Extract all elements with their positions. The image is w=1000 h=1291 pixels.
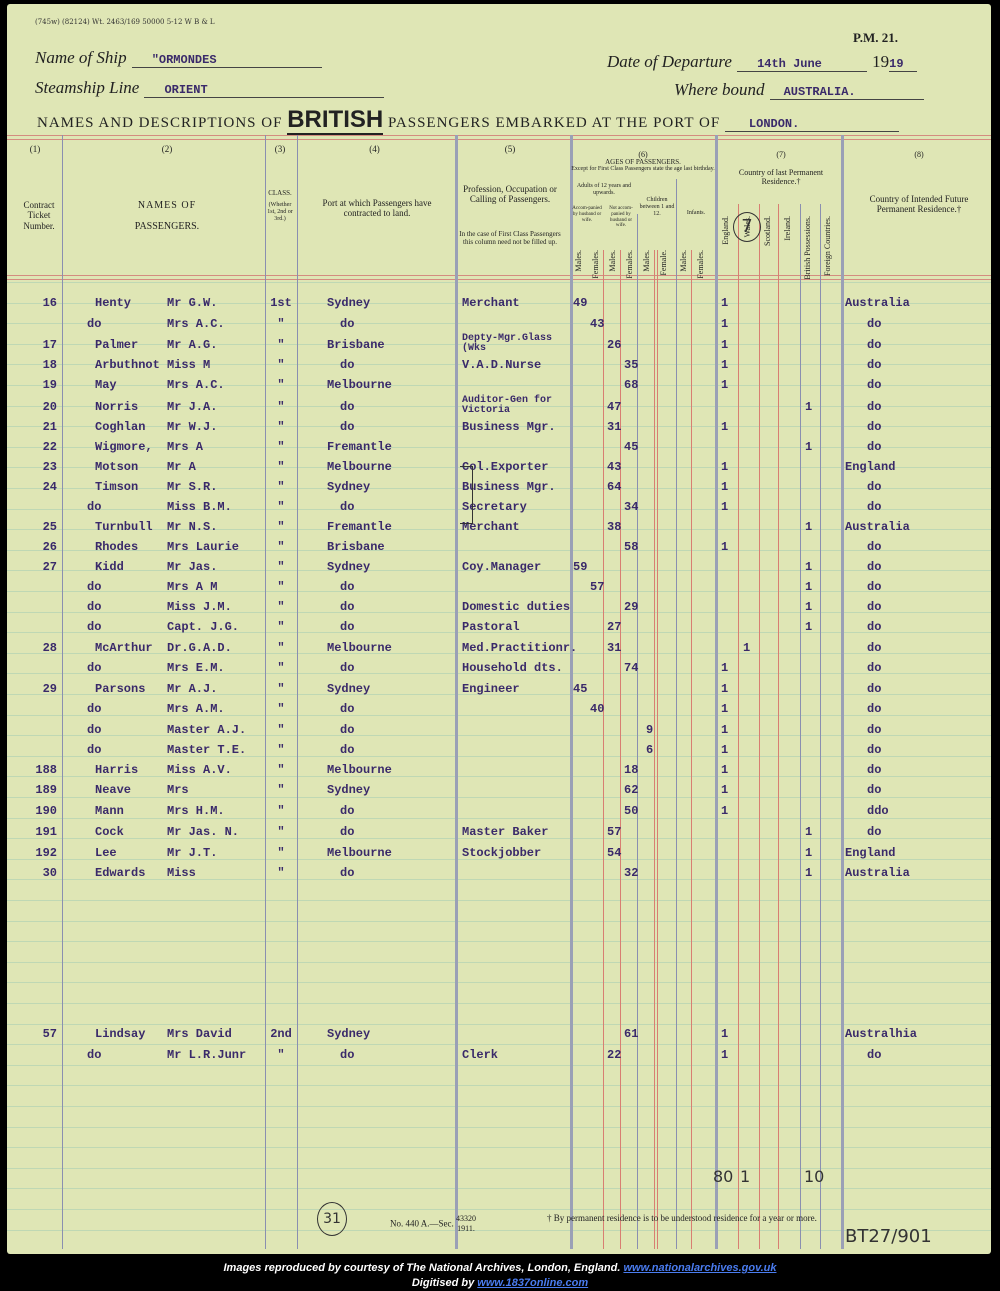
port-of-landing: do bbox=[340, 1048, 354, 1062]
given-name: Mr A.G. bbox=[167, 338, 217, 352]
passenger-class: " bbox=[270, 804, 292, 818]
residence-mark: 1 bbox=[805, 560, 812, 574]
given-name: Master T.E. bbox=[167, 743, 246, 757]
steamship-line-value: ORIENT bbox=[144, 83, 384, 98]
column-divider bbox=[715, 135, 718, 1249]
contract-ticket-number: 27 bbox=[17, 560, 57, 574]
surname: Neave bbox=[95, 783, 131, 797]
given-name: Mr A.J. bbox=[167, 682, 217, 696]
surname: Lindsay bbox=[95, 1027, 145, 1041]
passenger-class: " bbox=[270, 520, 292, 534]
passenger-class: " bbox=[270, 338, 292, 352]
given-name: Mr Jas. N. bbox=[167, 825, 239, 839]
age: 57 bbox=[607, 825, 621, 839]
occupation: Col.Exporter bbox=[462, 460, 548, 474]
residence-mark: 1 bbox=[721, 783, 728, 797]
port-of-landing: Brisbane bbox=[327, 338, 385, 352]
year-prefix: 19 bbox=[872, 52, 889, 71]
future-residence: England bbox=[845, 460, 895, 474]
surname: Henty bbox=[95, 296, 131, 310]
age: 43 bbox=[607, 460, 621, 474]
given-name: Mr N.S. bbox=[167, 520, 217, 534]
form-ref-year: 1911. bbox=[456, 1224, 476, 1234]
col6-accompanied: Accom-panied by husband or wife. bbox=[571, 206, 603, 223]
age: 34 bbox=[624, 500, 638, 514]
given-name: Mr A bbox=[167, 460, 196, 474]
age: 45 bbox=[573, 682, 587, 696]
port-of-landing: Melbourne bbox=[327, 378, 392, 392]
future-residence: do bbox=[867, 560, 881, 574]
surname: Edwards bbox=[95, 866, 145, 880]
occupation: Auditor-Gen for Victoria bbox=[462, 396, 572, 416]
residence-mark: 1 bbox=[805, 620, 812, 634]
destination-label: Where bound bbox=[674, 80, 765, 99]
col3-note: (Whether 1st, 2nd or 3rd.) bbox=[266, 202, 294, 223]
ship-name-label: Name of Ship bbox=[35, 48, 127, 67]
port-of-landing: Sydney bbox=[327, 1027, 370, 1041]
col6-not-accompanied: Not accom-panied by husband or wife. bbox=[605, 206, 637, 229]
credit-text: Images reproduced by courtesy of The Nat… bbox=[224, 1262, 621, 1274]
port-of-landing: do bbox=[340, 661, 354, 675]
age: 54 bbox=[607, 846, 621, 860]
future-residence: do bbox=[867, 500, 881, 514]
contract-ticket-number: 23 bbox=[17, 460, 57, 474]
surname: do bbox=[87, 661, 101, 675]
col2-number: (2) bbox=[67, 144, 267, 154]
contract-ticket-number: 189 bbox=[17, 783, 57, 797]
future-residence: England bbox=[845, 846, 895, 860]
port-of-landing: do bbox=[340, 420, 354, 434]
contract-ticket-number: 191 bbox=[17, 825, 57, 839]
port-of-landing: do bbox=[340, 400, 354, 414]
col1-label: Contract Ticket Number. bbox=[15, 200, 63, 231]
given-name: Miss J.M. bbox=[167, 600, 232, 614]
residence-mark: 1 bbox=[721, 682, 728, 696]
destination-value: AUSTRALIA. bbox=[770, 85, 924, 100]
title-nationality: BRITISH bbox=[287, 106, 383, 135]
age: 35 bbox=[624, 358, 638, 372]
surname: do bbox=[87, 1048, 101, 1062]
passenger-class: " bbox=[270, 1048, 292, 1062]
occupation: Household dts. bbox=[462, 661, 563, 675]
age: 27 bbox=[607, 620, 621, 634]
col2-label-b: PASSENGERS. bbox=[67, 221, 267, 233]
port-of-landing: Sydney bbox=[327, 296, 370, 310]
port-of-landing: do bbox=[340, 825, 354, 839]
given-name: Mr J.A. bbox=[167, 400, 217, 414]
residence-mark: 1 bbox=[721, 378, 728, 392]
total-british-possessions: 10 bbox=[804, 1167, 824, 1186]
column-divider bbox=[654, 250, 655, 1249]
occupation: Pastoral bbox=[462, 620, 520, 634]
archive-reference: BT27/901 bbox=[845, 1226, 932, 1247]
departure-label: Date of Departure bbox=[607, 52, 732, 71]
residence-mark: 1 bbox=[721, 296, 728, 310]
residence-subheader: Scotland. bbox=[763, 216, 772, 246]
age: 68 bbox=[624, 378, 638, 392]
port-of-landing: do bbox=[340, 600, 354, 614]
future-residence: do bbox=[867, 641, 881, 655]
contract-ticket-number: 192 bbox=[17, 846, 57, 860]
occupation: Business Mgr. bbox=[462, 480, 556, 494]
residence-subheader: British Possessions. bbox=[803, 216, 812, 280]
total-wales: 1 bbox=[740, 1167, 750, 1186]
form-ref-label: No. 440 A.—Sec. bbox=[390, 1218, 454, 1228]
age-subheader: Females. bbox=[696, 250, 705, 279]
surname: Harris bbox=[95, 763, 138, 777]
age: 6 bbox=[646, 743, 653, 757]
passenger-class: " bbox=[270, 480, 292, 494]
departure-value: 14th June bbox=[737, 57, 867, 72]
residence-mark: 1 bbox=[805, 520, 812, 534]
passenger-class: " bbox=[270, 580, 292, 594]
passenger-class: 1st bbox=[270, 296, 292, 310]
contract-ticket-number: 17 bbox=[17, 338, 57, 352]
given-name: Mrs A.C. bbox=[167, 317, 225, 331]
col5-number: (5) bbox=[455, 144, 565, 154]
occupation: Stockjobber bbox=[462, 846, 541, 860]
surname: Wigmore, bbox=[95, 440, 153, 454]
future-residence: do bbox=[867, 378, 881, 392]
column-divider bbox=[778, 204, 779, 1249]
title-prefix: NAMES AND DESCRIPTIONS OF bbox=[37, 115, 282, 131]
age: 49 bbox=[573, 296, 587, 310]
col3-label: CLASS. bbox=[265, 189, 295, 197]
surname: do bbox=[87, 500, 101, 514]
future-residence: do bbox=[867, 580, 881, 594]
circled-annotation: 7 bbox=[733, 212, 761, 242]
col6-infants: Infants. bbox=[678, 210, 714, 217]
residence-mark: 1 bbox=[721, 723, 728, 737]
passenger-class: " bbox=[270, 378, 292, 392]
contract-ticket-number: 16 bbox=[17, 296, 57, 310]
passenger-class: " bbox=[270, 620, 292, 634]
occupation: Depty-Mgr.Glass (Wks bbox=[462, 334, 572, 354]
residence-mark: 1 bbox=[721, 317, 728, 331]
surname: do bbox=[87, 580, 101, 594]
column-divider bbox=[676, 179, 677, 1249]
future-residence: do bbox=[867, 480, 881, 494]
column-divider bbox=[800, 204, 801, 1249]
port-of-landing: do bbox=[340, 358, 354, 372]
surname: Parsons bbox=[95, 682, 145, 696]
residence-mark: 1 bbox=[721, 480, 728, 494]
given-name: Miss A.V. bbox=[167, 763, 232, 777]
passenger-class: " bbox=[270, 560, 292, 574]
surname: do bbox=[87, 743, 101, 757]
port-of-landing: Brisbane bbox=[327, 540, 385, 554]
passenger-class: " bbox=[270, 460, 292, 474]
occupation: Business Mgr. bbox=[462, 420, 556, 434]
age: 47 bbox=[607, 400, 621, 414]
age: 31 bbox=[607, 420, 621, 434]
future-residence: do bbox=[867, 620, 881, 634]
port-of-landing: Melbourne bbox=[327, 763, 392, 777]
surname: Norris bbox=[95, 400, 138, 414]
age: 74 bbox=[624, 661, 638, 675]
future-residence: Australhia bbox=[845, 1027, 917, 1041]
passenger-class: " bbox=[270, 723, 292, 737]
given-name: Dr.G.A.D. bbox=[167, 641, 232, 655]
age-subheader: Males. bbox=[679, 250, 688, 272]
passenger-class: " bbox=[270, 866, 292, 880]
residence-mark: 1 bbox=[721, 338, 728, 352]
given-name: Mrs A M bbox=[167, 580, 217, 594]
given-name: Mrs A bbox=[167, 440, 203, 454]
surname: Lee bbox=[95, 846, 117, 860]
column-divider bbox=[455, 135, 458, 1249]
future-residence: do bbox=[867, 702, 881, 716]
future-residence: do bbox=[867, 317, 881, 331]
passenger-class: " bbox=[270, 641, 292, 655]
surname: Coghlan bbox=[95, 420, 145, 434]
port-of-landing: do bbox=[340, 723, 354, 737]
future-residence: do bbox=[867, 723, 881, 737]
port-of-landing: Sydney bbox=[327, 560, 370, 574]
ship-name-value: "ORMONDES bbox=[132, 53, 322, 68]
column-divider bbox=[738, 204, 739, 1249]
contract-ticket-number: 21 bbox=[17, 420, 57, 434]
residence-footnote: † By permanent residence is to be unders… bbox=[547, 1213, 817, 1223]
given-name: Mrs A.C. bbox=[167, 378, 225, 392]
port-of-landing: do bbox=[340, 866, 354, 880]
contract-ticket-number: 20 bbox=[17, 400, 57, 414]
surname: Mann bbox=[95, 804, 124, 818]
future-residence: do bbox=[867, 763, 881, 777]
port-of-landing: do bbox=[340, 804, 354, 818]
col7-number: (7) bbox=[717, 150, 845, 159]
residence-mark: 1 bbox=[743, 641, 750, 655]
residence-mark: 1 bbox=[721, 420, 728, 434]
passenger-class: " bbox=[270, 440, 292, 454]
form-title: NAMES AND DESCRIPTIONS OF BRITISH PASSEN… bbox=[37, 106, 899, 134]
age-subheader: Males. bbox=[608, 250, 617, 272]
column-divider bbox=[841, 135, 844, 1249]
given-name: Mrs bbox=[167, 783, 189, 797]
age: 58 bbox=[624, 540, 638, 554]
future-residence: do bbox=[867, 600, 881, 614]
form-number: P.M. 21. bbox=[853, 30, 898, 46]
given-name: Mrs Laurie bbox=[167, 540, 239, 554]
residence-mark: 1 bbox=[805, 866, 812, 880]
handwritten-bracket bbox=[460, 466, 473, 524]
column-divider bbox=[657, 250, 658, 1249]
column-divider bbox=[297, 135, 298, 1249]
port-of-landing: do bbox=[340, 580, 354, 594]
passenger-class: " bbox=[270, 825, 292, 839]
given-name: Mrs H.M. bbox=[167, 804, 225, 818]
col8-label: Country of Intended Future Permanent Res… bbox=[852, 194, 986, 215]
given-name: Mr S.R. bbox=[167, 480, 217, 494]
future-residence: do bbox=[867, 682, 881, 696]
future-residence: do bbox=[867, 338, 881, 352]
col1-number: (1) bbox=[15, 144, 55, 154]
future-residence: Australia bbox=[845, 866, 910, 880]
age-subheader: Females. bbox=[591, 250, 600, 279]
age-subheader: Males. bbox=[574, 250, 583, 272]
passenger-class: " bbox=[270, 743, 292, 757]
age: 9 bbox=[646, 723, 653, 737]
column-divider bbox=[759, 204, 760, 1249]
residence-mark: 1 bbox=[721, 743, 728, 757]
surname: Palmer bbox=[95, 338, 138, 352]
passenger-class: " bbox=[270, 400, 292, 414]
given-name: Mr J.T. bbox=[167, 846, 217, 860]
passenger-list-form: (745w) (82124) Wt. 2463/169 50000 5-12 W… bbox=[7, 4, 991, 1254]
contract-ticket-number: 24 bbox=[17, 480, 57, 494]
given-name: Master A.J. bbox=[167, 723, 246, 737]
passenger-class: " bbox=[270, 661, 292, 675]
residence-mark: 1 bbox=[721, 358, 728, 372]
passenger-class: " bbox=[270, 783, 292, 797]
passenger-class: " bbox=[270, 846, 292, 860]
residence-mark: 1 bbox=[721, 1048, 728, 1062]
residence-mark: 1 bbox=[805, 600, 812, 614]
residence-subheader: Ireland. bbox=[783, 216, 792, 241]
surname: Cock bbox=[95, 825, 124, 839]
col6-adults: Adults of 12 years and upwards. bbox=[571, 183, 637, 197]
port-of-landing: do bbox=[340, 500, 354, 514]
contract-ticket-number: 28 bbox=[17, 641, 57, 655]
residence-mark: 1 bbox=[805, 580, 812, 594]
residence-mark: 1 bbox=[805, 440, 812, 454]
occupation: V.A.D.Nurse bbox=[462, 358, 541, 372]
port-of-landing: Sydney bbox=[327, 783, 370, 797]
port-of-landing: do bbox=[340, 702, 354, 716]
future-residence: Australia bbox=[845, 296, 910, 310]
port-of-landing: do bbox=[340, 620, 354, 634]
passenger-class: " bbox=[270, 682, 292, 696]
contract-ticket-number: 30 bbox=[17, 866, 57, 880]
residence-mark: 1 bbox=[805, 825, 812, 839]
occupation: Engineer bbox=[462, 682, 520, 696]
surname: do bbox=[87, 702, 101, 716]
surname: Arbuthnot bbox=[95, 358, 160, 372]
passenger-class: " bbox=[270, 358, 292, 372]
future-residence: do bbox=[867, 825, 881, 839]
passenger-class: " bbox=[270, 420, 292, 434]
passenger-class: " bbox=[270, 763, 292, 777]
passenger-class: " bbox=[270, 317, 292, 331]
residence-mark: 1 bbox=[721, 460, 728, 474]
column-divider bbox=[820, 204, 821, 1249]
port-of-landing: Melbourne bbox=[327, 846, 392, 860]
occupation: Domestic duties bbox=[462, 600, 570, 614]
col6-label: AGES OF PASSENGERS. bbox=[571, 158, 715, 166]
future-residence: do bbox=[867, 783, 881, 797]
steamship-line-field: Steamship Line ORIENT bbox=[35, 78, 384, 98]
residence-mark: 1 bbox=[805, 400, 812, 414]
column-divider bbox=[691, 250, 692, 1249]
passenger-class: " bbox=[270, 702, 292, 716]
given-name: Mr G.W. bbox=[167, 296, 217, 310]
given-name: Mrs A.M. bbox=[167, 702, 225, 716]
age-subheader: Females. bbox=[625, 250, 634, 279]
col6-children: Children between 1 and 12. bbox=[639, 197, 675, 218]
port-of-embarkation: LONDON. bbox=[725, 117, 899, 132]
age-subheader: Female. bbox=[659, 250, 668, 276]
future-residence: ddo bbox=[867, 804, 889, 818]
age: 18 bbox=[624, 763, 638, 777]
age: 64 bbox=[607, 480, 621, 494]
given-name: Miss M bbox=[167, 358, 210, 372]
col2-label-a: NAMES OF bbox=[67, 200, 267, 212]
age: 61 bbox=[624, 1027, 638, 1041]
contract-ticket-number: 188 bbox=[17, 763, 57, 777]
national-archives-link[interactable]: www.nationalarchives.gov.uk bbox=[623, 1262, 776, 1274]
credit-line-2: Digitised by www.1837online.com bbox=[0, 1277, 1000, 1289]
contract-ticket-number: 29 bbox=[17, 682, 57, 696]
credit-line-1: Images reproduced by courtesy of The Nat… bbox=[0, 1262, 1000, 1274]
total-england: 80 bbox=[713, 1167, 733, 1186]
col5-label: Profession, Occupation or Calling of Pas… bbox=[457, 184, 563, 205]
age: 59 bbox=[573, 560, 587, 574]
future-residence: do bbox=[867, 743, 881, 757]
occupation: Merchant bbox=[462, 296, 520, 310]
surname: Kidd bbox=[95, 560, 124, 574]
form-reference: No. 440 A.—Sec. 43320 1911. bbox=[390, 1214, 476, 1235]
contract-ticket-number: 18 bbox=[17, 358, 57, 372]
age-subheader: Males. bbox=[642, 250, 651, 272]
surname: do bbox=[87, 620, 101, 634]
residence-mark: 1 bbox=[805, 846, 812, 860]
passenger-class: 2nd bbox=[270, 1027, 292, 1041]
age: 43 bbox=[590, 317, 604, 331]
port-of-landing: Sydney bbox=[327, 480, 370, 494]
future-residence: Australia bbox=[845, 520, 910, 534]
given-name: Mrs David bbox=[167, 1027, 232, 1041]
col3-number: (3) bbox=[265, 144, 295, 154]
surname: do bbox=[87, 317, 101, 331]
print-code: (745w) (82124) Wt. 2463/169 50000 5-12 W… bbox=[35, 18, 215, 26]
age: 32 bbox=[624, 866, 638, 880]
ship-name-field: Name of Ship "ORMONDES bbox=[35, 48, 322, 68]
given-name: Miss B.M. bbox=[167, 500, 232, 514]
steamship-line-label: Steamship Line bbox=[35, 78, 139, 97]
page-number-circle: 31 bbox=[317, 1202, 347, 1236]
future-residence: do bbox=[867, 440, 881, 454]
given-name: Mr L.R.Junr bbox=[167, 1048, 246, 1062]
port-of-landing: Sydney bbox=[327, 682, 370, 696]
digitised-by-text: Digitised by bbox=[412, 1277, 474, 1289]
future-residence: do bbox=[867, 661, 881, 675]
contract-ticket-number: 25 bbox=[17, 520, 57, 534]
residence-mark: 1 bbox=[721, 540, 728, 554]
passenger-class: " bbox=[270, 600, 292, 614]
age: 50 bbox=[624, 804, 638, 818]
port-of-landing: Fremantle bbox=[327, 440, 392, 454]
occupation: Master Baker bbox=[462, 825, 548, 839]
col6-note: Except for First Class Passengers state … bbox=[571, 166, 715, 173]
future-residence: do bbox=[867, 540, 881, 554]
port-of-landing: Melbourne bbox=[327, 460, 392, 474]
residence-subheader: Foreign Countries. bbox=[823, 216, 832, 276]
occupation: Med.Practitionr. bbox=[462, 641, 577, 655]
contract-ticket-number: 190 bbox=[17, 804, 57, 818]
age: 31 bbox=[607, 641, 621, 655]
residence-mark: 1 bbox=[721, 763, 728, 777]
column-divider bbox=[265, 135, 266, 1249]
surname: May bbox=[95, 378, 117, 392]
1837online-link[interactable]: www.1837online.com bbox=[477, 1277, 588, 1289]
given-name: Mr Jas. bbox=[167, 560, 217, 574]
future-residence: do bbox=[867, 420, 881, 434]
col8-number: (8) bbox=[849, 150, 989, 159]
departure-field: Date of Departure 14th June 1919 bbox=[607, 52, 917, 72]
given-name: Capt. J.G. bbox=[167, 620, 239, 634]
age: 38 bbox=[607, 520, 621, 534]
year-value: 19 bbox=[889, 57, 917, 72]
